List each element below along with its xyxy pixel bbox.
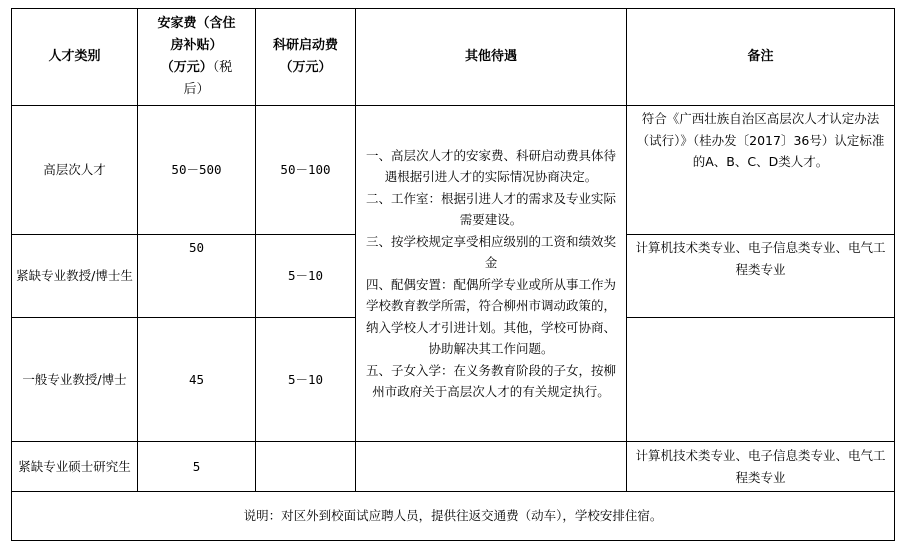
- header-housing-tax: （税: [213, 60, 233, 75]
- header-research-line1: 科研启动费: [260, 35, 351, 57]
- housing-cell: 50: [138, 235, 256, 318]
- header-research-line2: （万元）: [260, 57, 351, 79]
- header-housing-allowance: 安家费（含住 房补贴） （万元）（税 后）: [138, 9, 256, 106]
- table-row: 高层次人才 50－500 50－100 一、高层次人才的安家费、科研启动费具体待…: [12, 106, 895, 235]
- header-housing-unit: （万元）: [161, 60, 213, 75]
- header-housing-line3: （万元）（税: [142, 57, 251, 79]
- other-benefits-cell: [356, 442, 627, 492]
- housing-cell: 45: [138, 318, 256, 442]
- other-benefits-cell: 一、高层次人才的安家费、科研启动费具体待遇根据引进人才的实际情况协商决定。 二、…: [356, 106, 627, 442]
- category-cell: 一般专业教授/博士: [12, 318, 138, 442]
- research-cell: 5－10: [256, 235, 356, 318]
- footer-note: 说明：对区外到校面试应聘人员，提供往返交通费（动车），学校安排住宿。: [12, 492, 895, 541]
- research-cell: 50－100: [256, 106, 356, 235]
- header-housing-line1: 安家费（含住: [142, 13, 251, 35]
- footer-row: 说明：对区外到校面试应聘人员，提供往返交通费（动车），学校安排住宿。: [12, 492, 895, 541]
- remarks-cell: 计算机技术类专业、电子信息类专业、电气工程类专业: [627, 442, 895, 492]
- benefit-item: 三、按学校规定享受相应级别的工资和绩效奖金: [360, 231, 622, 274]
- header-housing-line2: 房补贴）: [142, 35, 251, 57]
- housing-cell: 5: [138, 442, 256, 492]
- research-cell: [256, 442, 356, 492]
- header-row: 人才类别 安家费（含住 房补贴） （万元）（税 后） 科研启动费 （万元） 其他…: [12, 9, 895, 106]
- header-category: 人才类别: [12, 9, 138, 106]
- header-remarks: 备注: [627, 9, 895, 106]
- remarks-cell: 符合《广西壮族自治区高层次人才认定办法（试行）》（桂办发〔2017〕36号）认定…: [627, 106, 895, 235]
- header-research-fund: 科研启动费 （万元）: [256, 9, 356, 106]
- benefit-item: 二、工作室：根据引进人才的需求及专业实际需要建设。: [360, 188, 622, 231]
- header-other-benefits: 其他待遇: [356, 9, 627, 106]
- remarks-cell: 计算机技术类专业、电子信息类专业、电气工程类专业: [627, 235, 895, 318]
- talent-policy-table: 人才类别 安家费（含住 房补贴） （万元）（税 后） 科研启动费 （万元） 其他…: [11, 8, 895, 541]
- research-cell: 5－10: [256, 318, 356, 442]
- benefit-item: 四、配偶安置：配偶所学专业或所从事工作为学校教育教学所需，符合柳州市调动政策的，…: [360, 274, 622, 360]
- housing-cell: 50－500: [138, 106, 256, 235]
- benefit-item: 一、高层次人才的安家费、科研启动费具体待遇根据引进人才的实际情况协商决定。: [360, 145, 622, 188]
- remarks-cell: [627, 318, 895, 442]
- header-housing-line4: 后）: [142, 79, 251, 101]
- benefit-item: 五、子女入学：在义务教育阶段的子女，按柳州市政府关于高层次人才的有关规定执行。: [360, 360, 622, 403]
- category-cell: 紧缺专业教授/博士生: [12, 235, 138, 318]
- category-cell: 高层次人才: [12, 106, 138, 235]
- category-cell: 紧缺专业硕士研究生: [12, 442, 138, 492]
- table-row: 紧缺专业硕士研究生 5 计算机技术类专业、电子信息类专业、电气工程类专业: [12, 442, 895, 492]
